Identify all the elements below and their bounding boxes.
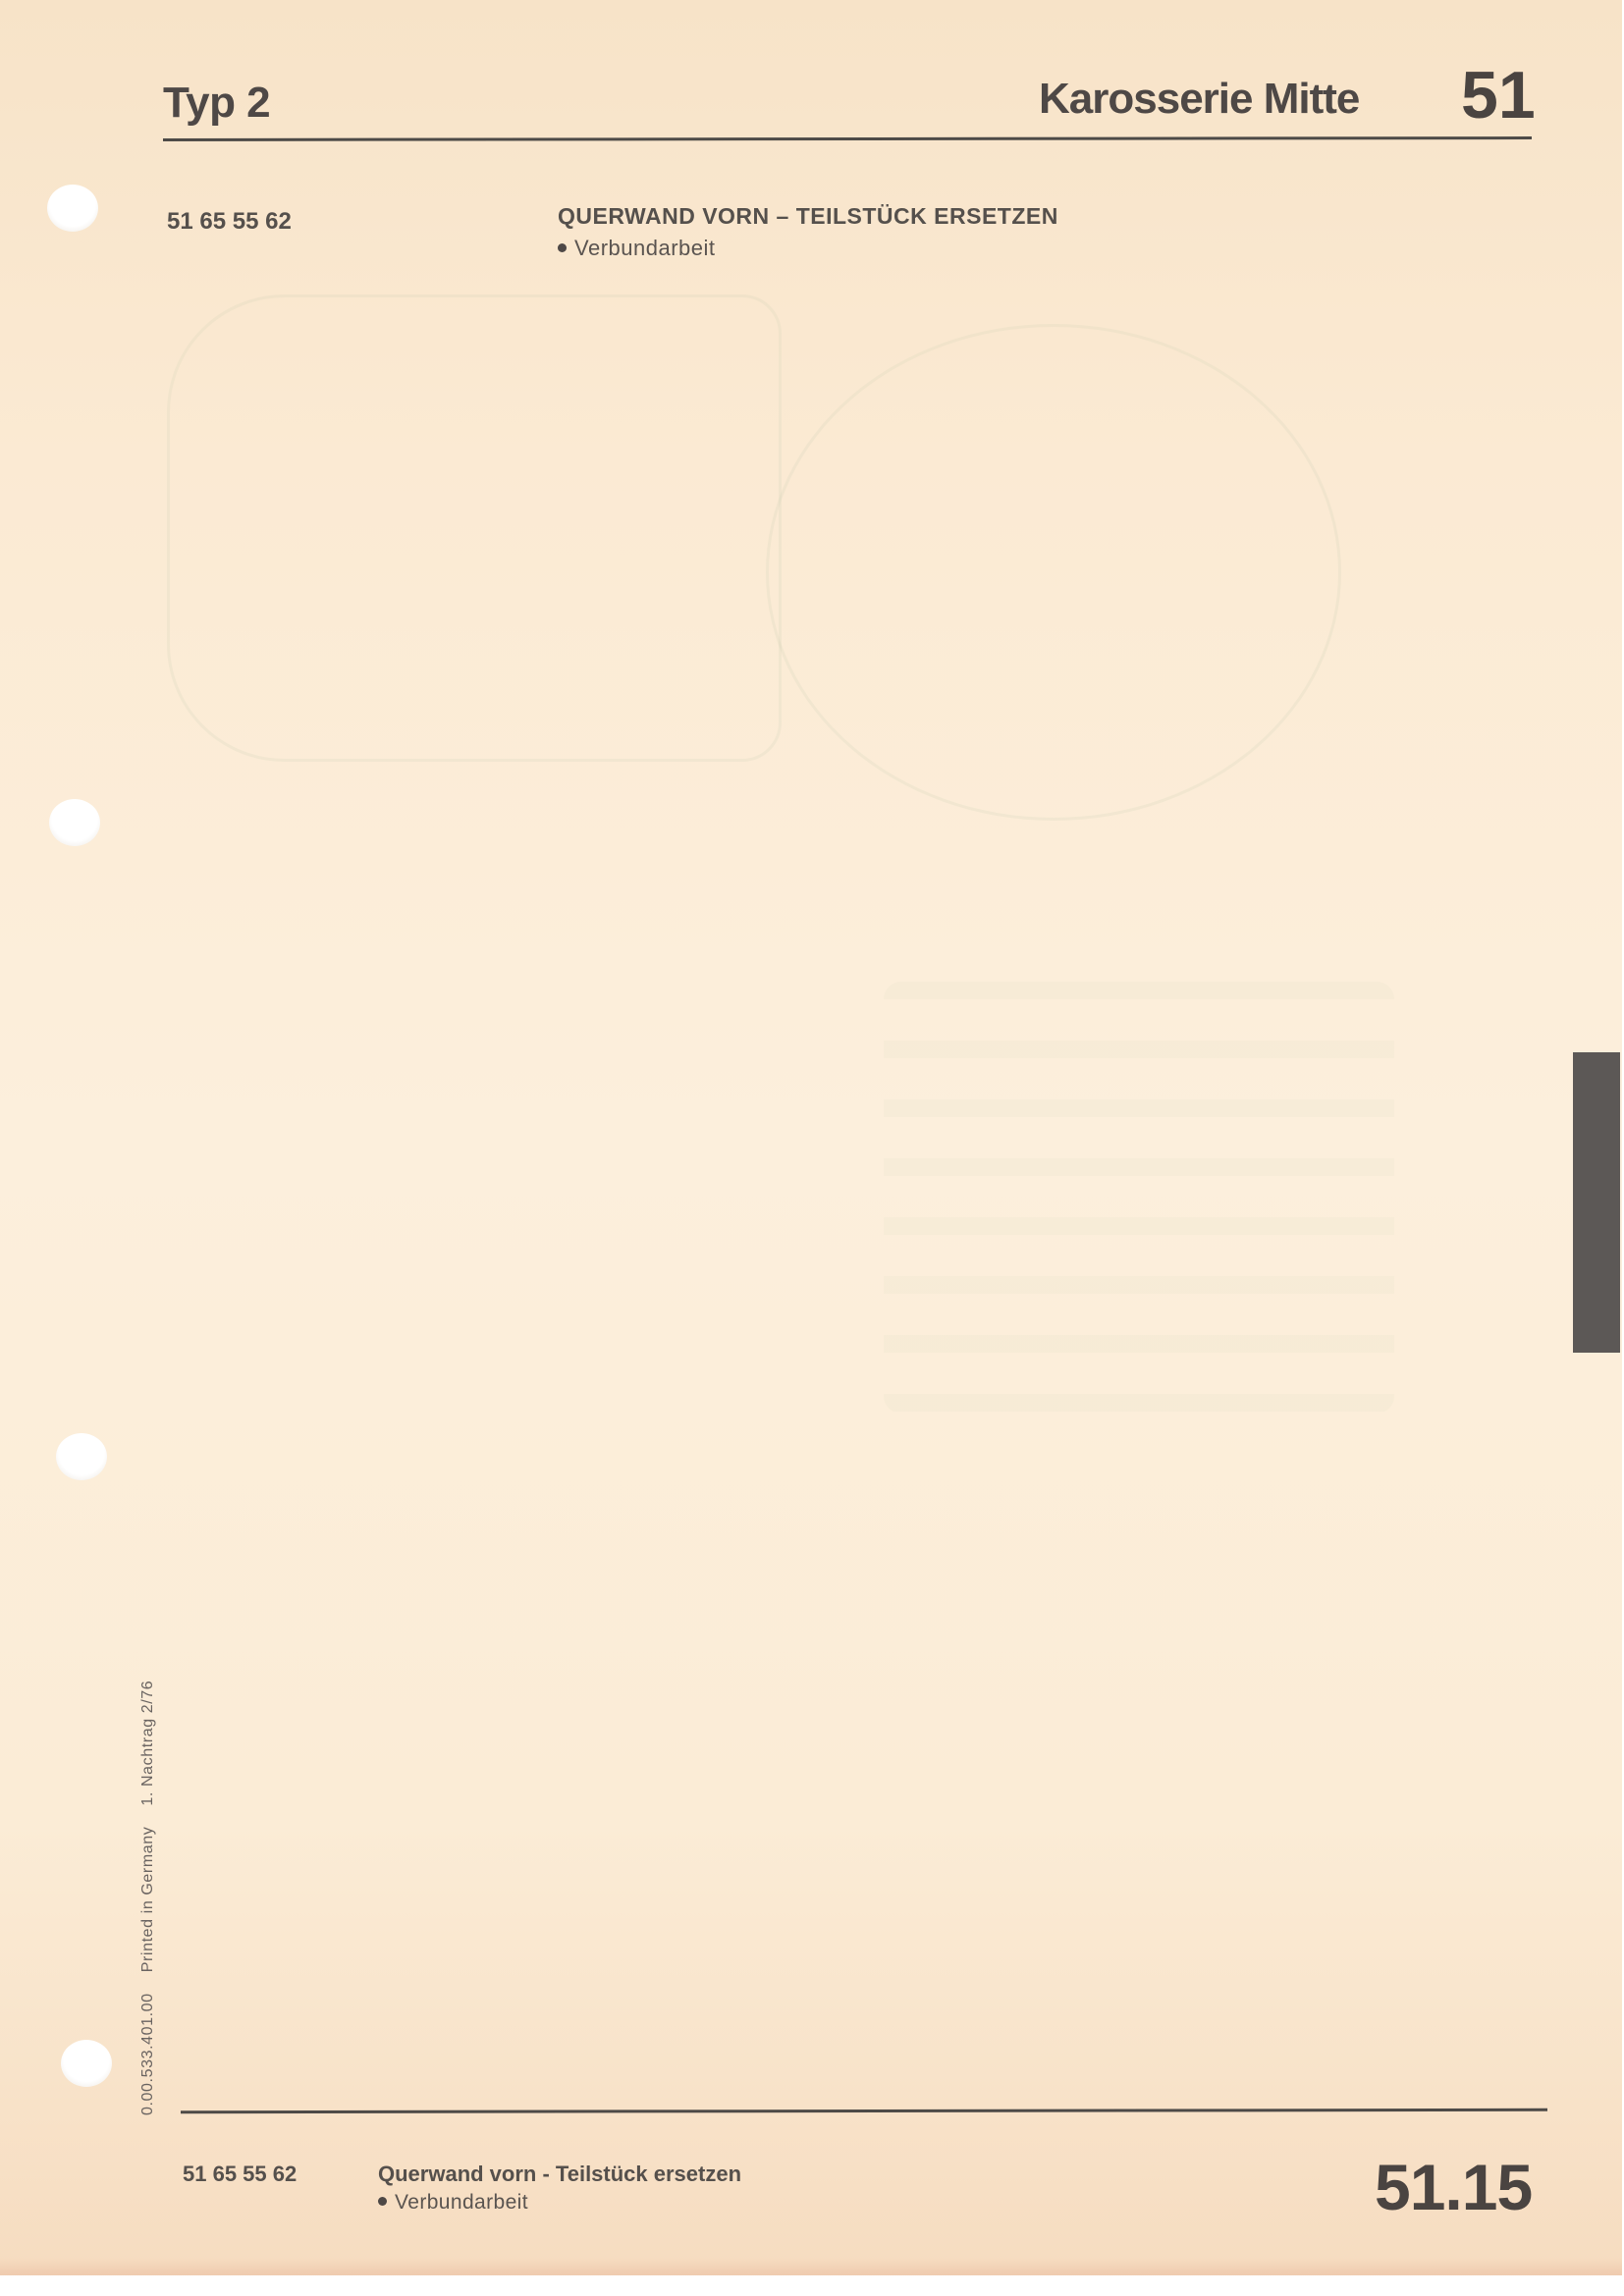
operation-note: Verbundarbeit <box>558 236 716 261</box>
supplement-info: 1. Nachtrag 2/76 <box>139 1681 156 1806</box>
section-number: 51 <box>1461 57 1536 133</box>
operation-number: 51 65 55 62 <box>167 208 292 236</box>
bleed-through-graphic <box>167 294 782 762</box>
side-imprint: 0.00.533.401.00 Printed in Germany 1. Na… <box>139 1665 157 2115</box>
document-page: Typ 2 Karosserie Mitte 51 51 65 55 62 QU… <box>0 0 1622 2275</box>
punch-hole <box>47 185 98 232</box>
printed-in: Printed in Germany <box>139 1827 156 1973</box>
punch-hole <box>56 1433 107 1480</box>
operation-note-text: Verbundarbeit <box>574 236 716 260</box>
punch-hole <box>49 799 100 846</box>
footer-note-text: Verbundarbeit <box>395 2191 528 2214</box>
bullet-icon <box>378 2197 387 2206</box>
model-heading: Typ 2 <box>163 79 270 128</box>
operation-title: QUERWAND VORN – TEILSTÜCK ERSETZEN <box>558 203 1058 230</box>
footer-rule <box>181 2109 1547 2113</box>
section-tab-marker <box>1573 1052 1620 1353</box>
footer-operation-number: 51 65 55 62 <box>183 2162 297 2187</box>
page-number: 51.15 <box>1375 2150 1532 2224</box>
punch-hole <box>61 2040 112 2087</box>
section-title: Karosserie Mitte <box>1039 75 1359 124</box>
footer-operation-note: Verbundarbeit <box>378 2191 528 2215</box>
bleed-through-graphic <box>884 982 1394 1414</box>
document-code: 0.00.533.401.00 <box>139 1993 156 2115</box>
bullet-icon <box>558 243 567 252</box>
header-rule <box>163 136 1532 141</box>
bleed-through-graphic <box>766 324 1341 821</box>
footer-operation-title: Querwand vorn - Teilstück ersetzen <box>378 2162 741 2187</box>
